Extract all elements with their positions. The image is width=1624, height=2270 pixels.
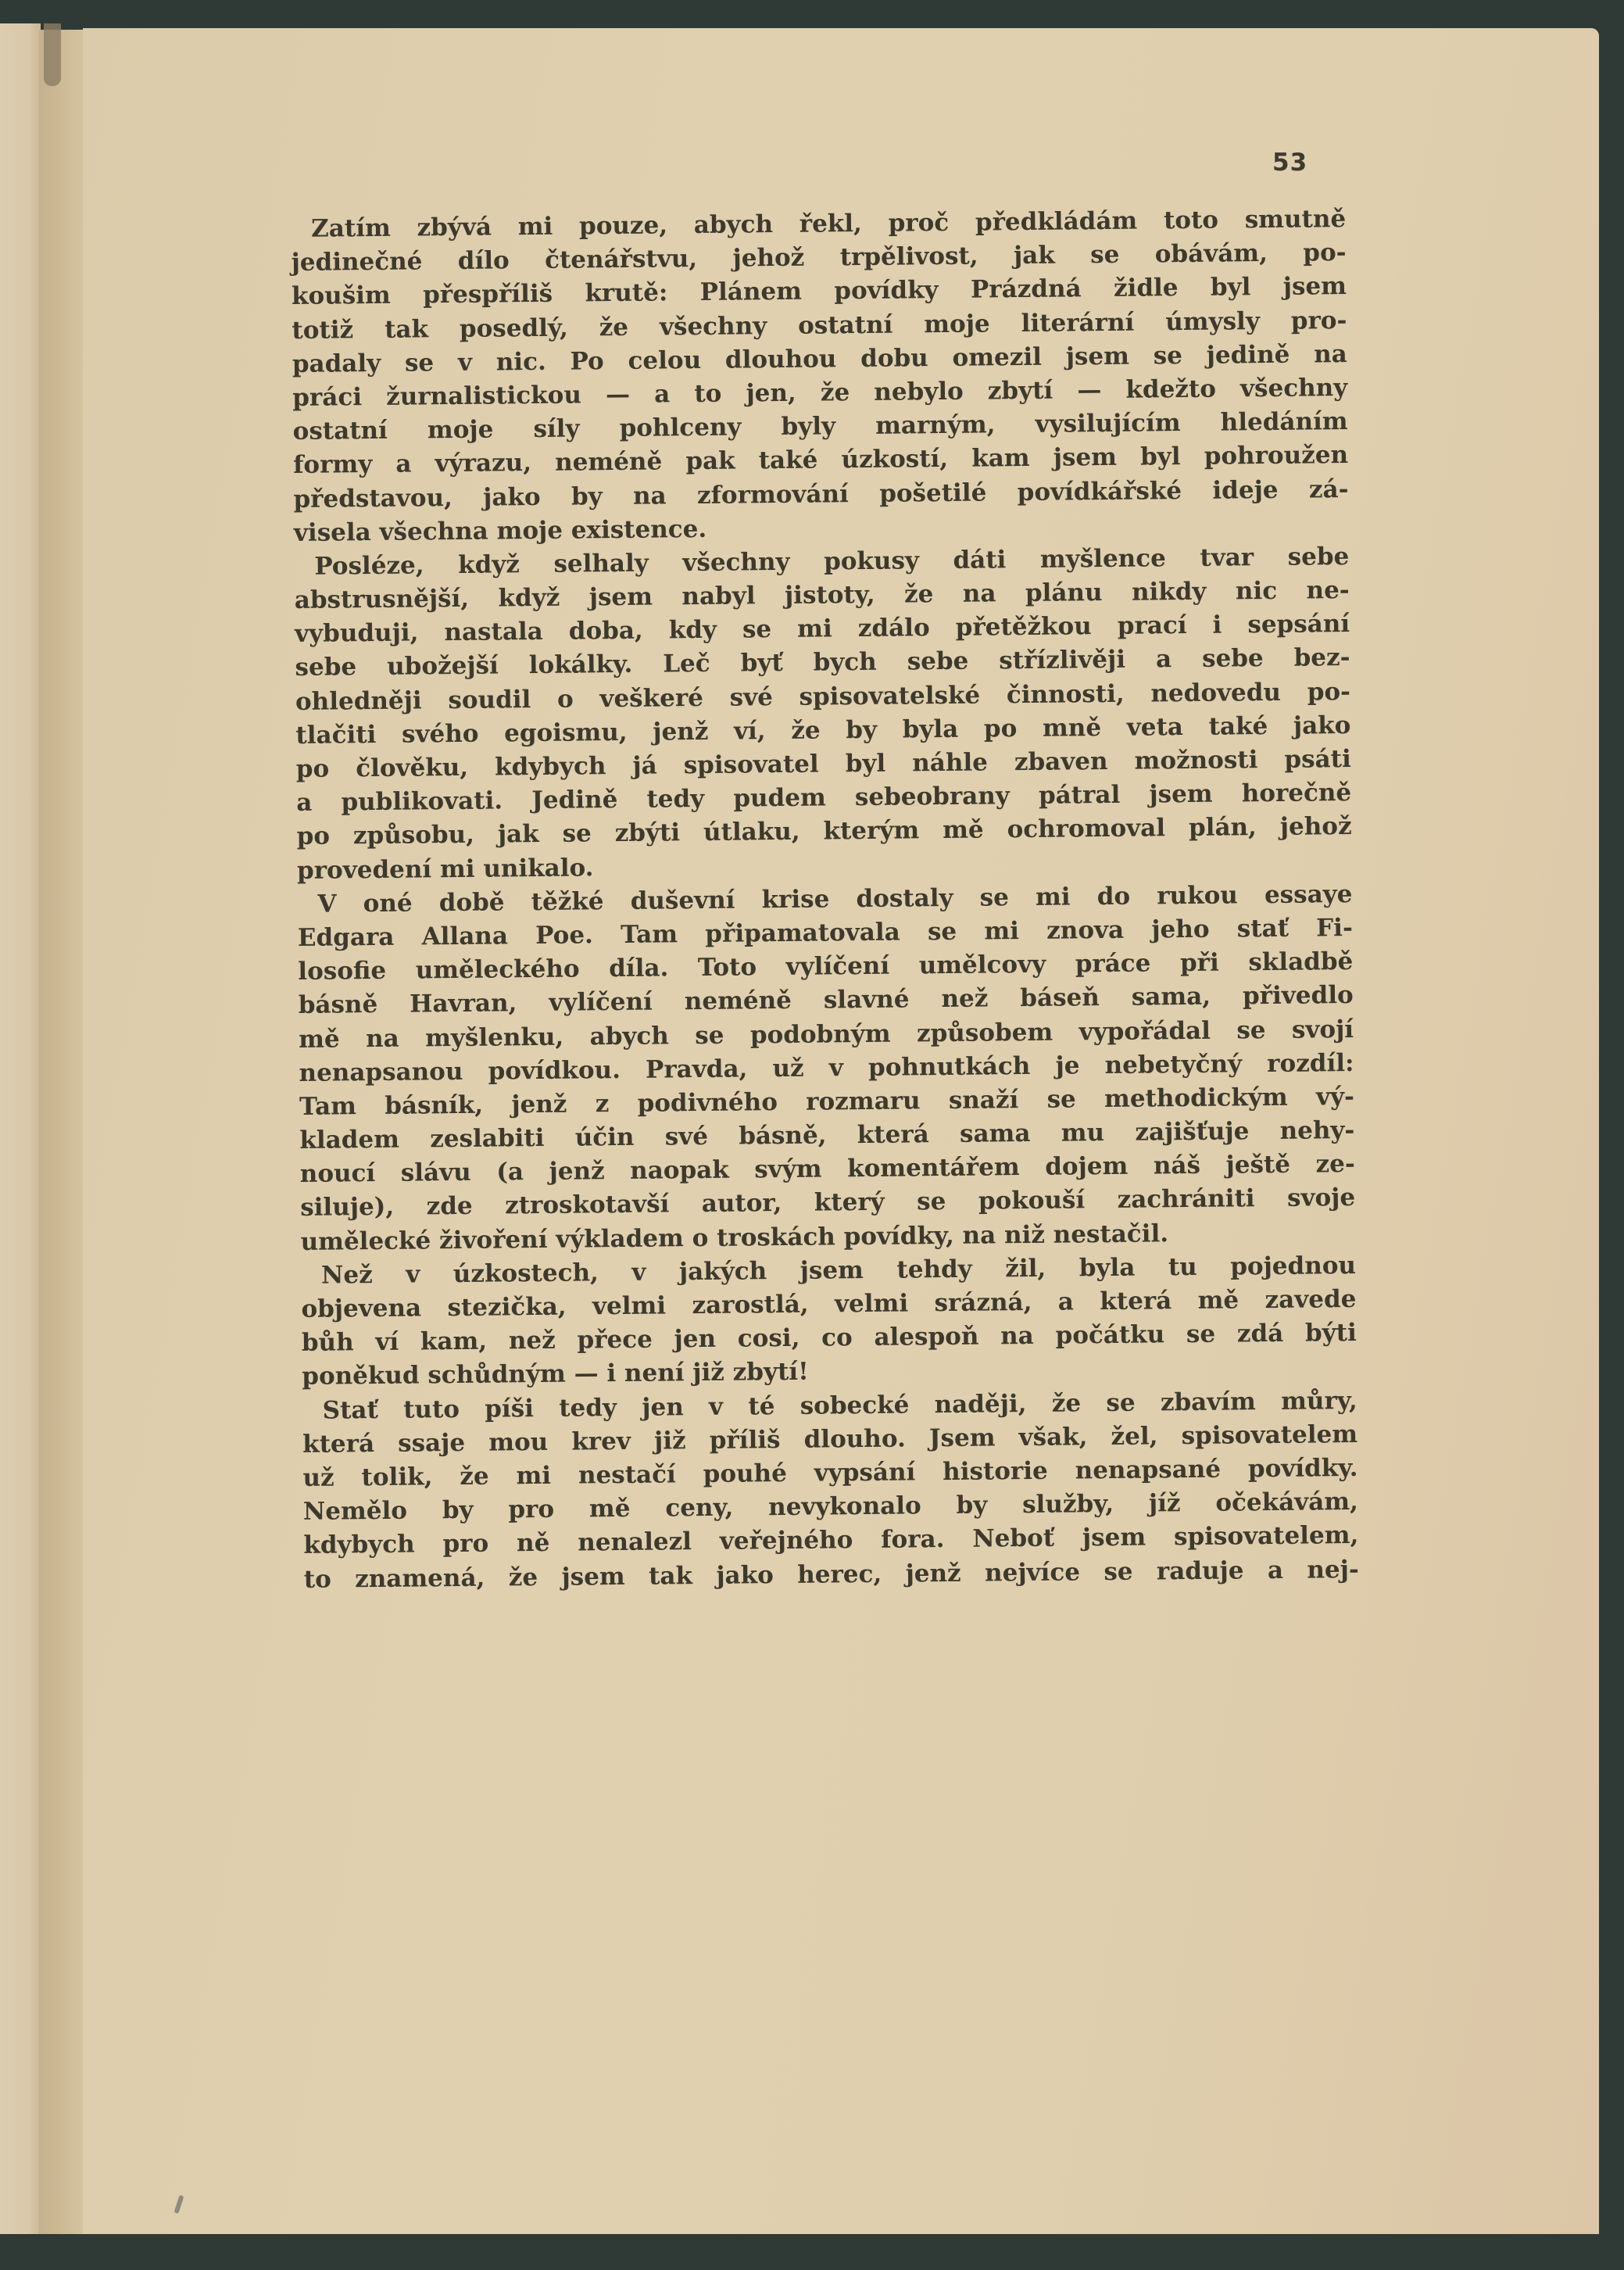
book-gutter — [39, 30, 84, 2234]
body-text: Zatím zbývá mi pouze, abych řekl, proč p… — [291, 202, 1359, 1597]
binding-thread — [44, 23, 61, 86]
page-number: 53 — [1272, 149, 1307, 177]
previous-page-edge — [0, 23, 41, 2234]
